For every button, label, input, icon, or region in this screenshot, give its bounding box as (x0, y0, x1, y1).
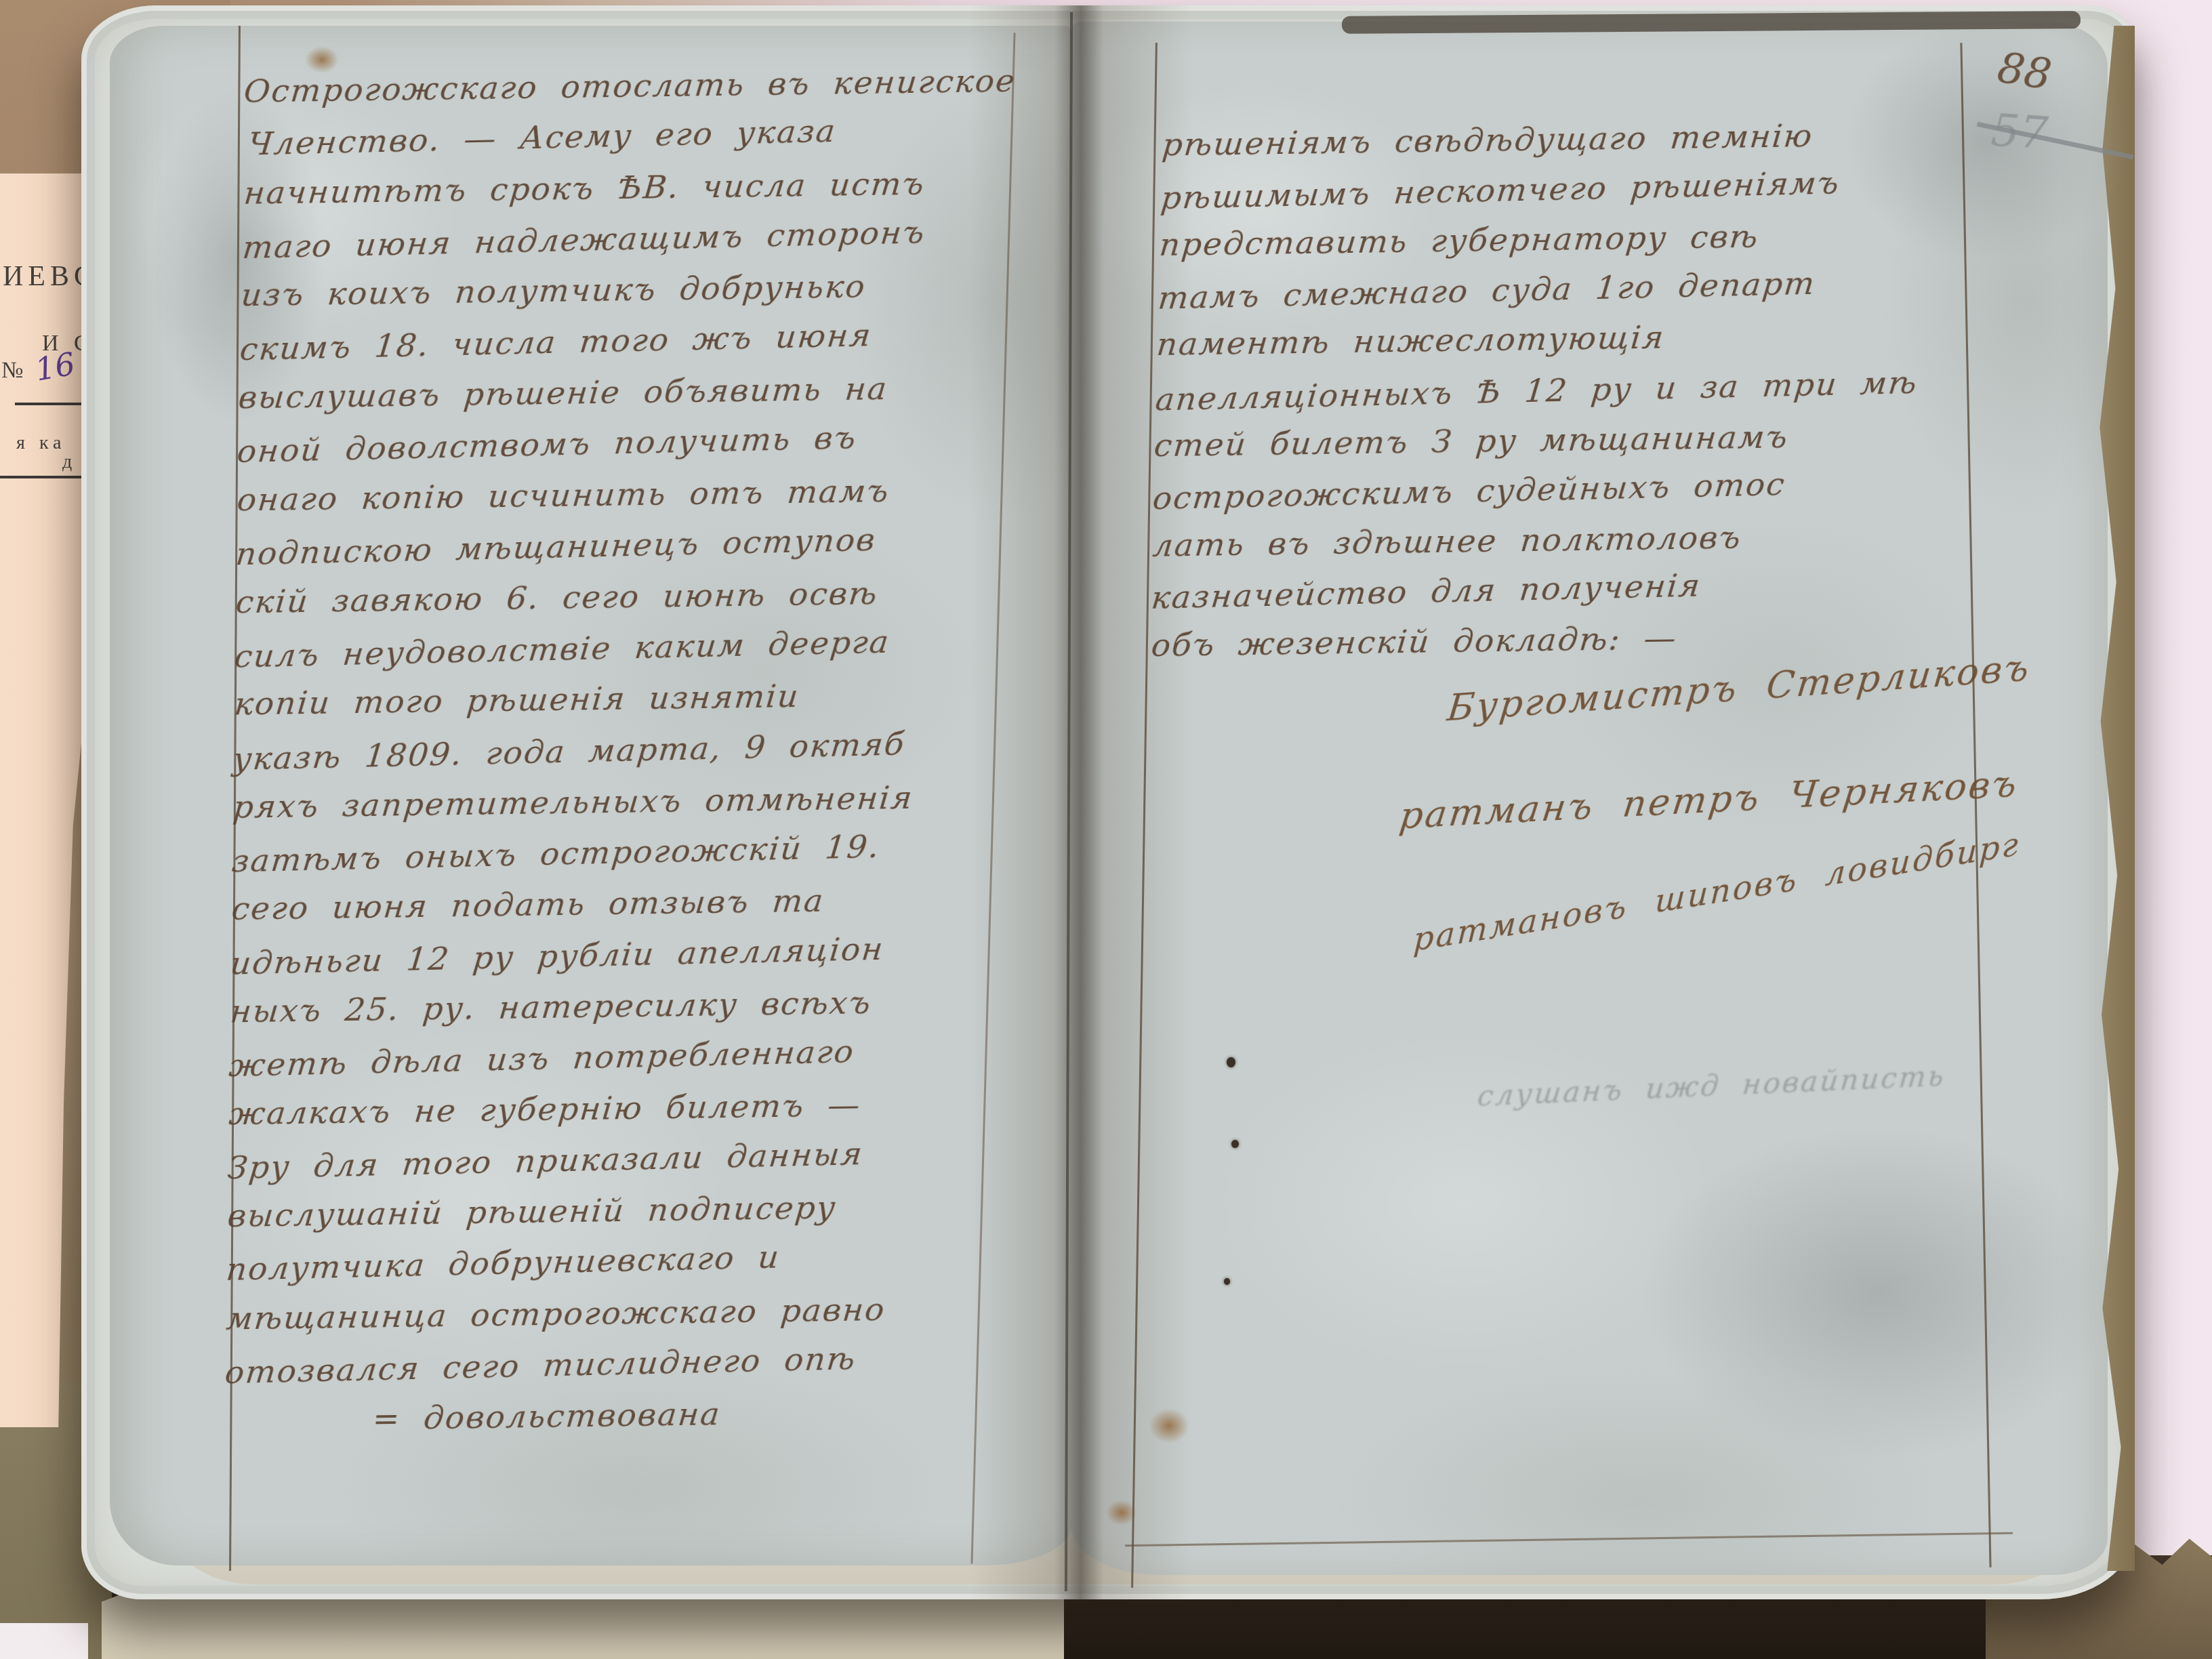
handwritten-line: паментѣ нижеслотующiя (1155, 319, 1666, 364)
handwritten-line: объ жезенскiй докладѣ: — (1150, 620, 1679, 665)
gray-wash-stain (1640, 1124, 2114, 1462)
bottom-left-paper-sliver (0, 1623, 88, 1659)
card-rule-line-2 (0, 476, 83, 478)
handwritten-line: копiи того рѣшенiя изнятiи (233, 678, 801, 723)
gray-wash-stain (1843, 19, 2128, 263)
card-printed-caption-2: д (62, 451, 77, 473)
brown-stain (1149, 1408, 1189, 1443)
open-manuscript-book: Острогожскаго отослать въ кенигское Член… (81, 5, 2135, 1599)
wormhole (1231, 1140, 1239, 1148)
wormhole (1227, 1057, 1235, 1067)
handwritten-line: = довольствована (371, 1395, 722, 1437)
brown-stain (305, 46, 339, 73)
card-printed-caption: я ка (16, 432, 66, 454)
card-number-handwritten: 16 (33, 345, 78, 388)
wormhole (1224, 1278, 1230, 1285)
page-number-ink: 88 (1994, 42, 2055, 99)
card-number-label: № (1, 358, 28, 384)
